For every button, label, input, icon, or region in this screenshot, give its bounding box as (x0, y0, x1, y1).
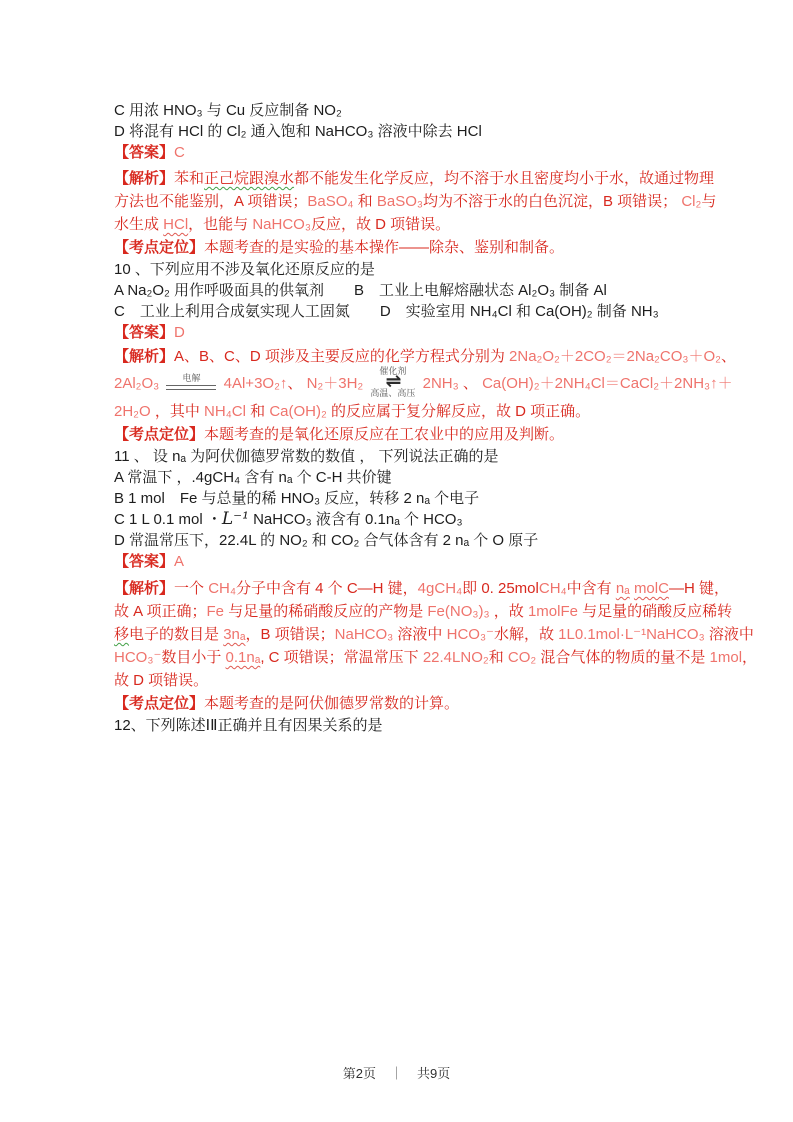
text-segment: 本题考查的是实验的基本操作——除杂、鉴别和制备。 (204, 239, 564, 256)
q9-answer-value: C (174, 144, 185, 161)
q9-option-d: D 将混有 HCl 的 Cl₂ 通入饱和 NaHCO₃ 溶液中除去 HCl (114, 121, 707, 142)
q12-heading: 12、下列陈述ⅠⅡ正确并且有因果关系的是 (114, 715, 707, 736)
text-segment: , C 项错误；常温常压下 (260, 649, 423, 666)
text-segment: 溶液中 (393, 626, 446, 643)
q10-analysis-line1: 【解析】A、B、C、D 项涉及主要反应的化学方程式分别为 2Na₂O₂＋2CO₂… (114, 345, 707, 368)
text-segment: Fe(NO₃)₃ (427, 603, 489, 620)
text-segment: 本题考查的是氧化还原反应在工农业中的应用及判断。 (204, 426, 564, 443)
text-segment: 【解析】 (114, 170, 174, 187)
q9-analysis: 【解析】苯和正己烷跟溴水都不能发生化学反应，均不溶于水且密度均小于水，故通过物理… (114, 167, 707, 259)
text-segment: 与 (701, 193, 716, 210)
text-segment: nₐ (616, 580, 630, 597)
text-segment: 电子的数目是 (129, 626, 223, 643)
text-segment: 正己烷跟溴水 (204, 170, 294, 187)
text-segment: ，也能与 (188, 216, 252, 233)
q10-analysis: 【解析】A、B、C、D 项涉及主要反应的化学方程式分别为 2Na₂O₂＋2CO₂… (114, 345, 707, 446)
text-segment: C 1 L 0.1 mol ・ (114, 511, 222, 528)
q9-answer-line: 【答案】C (114, 142, 707, 163)
text-segment: NaHCO₃ (335, 626, 394, 643)
electrolysis-condition: 电解 (166, 373, 216, 391)
page-footer: 第2页｜共9页 (0, 1063, 793, 1082)
catalyst-condition: 催化剂 ⇌ 高温、高压 (370, 366, 415, 398)
text-segment: 【解析】 (114, 580, 174, 597)
text-segment: 1molFe (528, 603, 578, 620)
text-segment: 水生成 (114, 216, 163, 233)
text-segment: 中含有 (567, 580, 616, 597)
q11-focus-line: 【考点定位】本题考查的是阿伏伽德罗常数的计算。 (114, 692, 707, 715)
text-segment: 【解析】 (114, 348, 174, 365)
q11-heading: 11 、 设 nₐ 为阿伏伽德罗常数的数值 ， 下列说法正确的是 (114, 446, 707, 467)
text-segment: 溶液中 (705, 626, 754, 643)
text-segment: ，其中 (151, 403, 204, 420)
text-segment: 数目小于 (161, 649, 225, 666)
text-segment: 水解，故 (494, 626, 558, 643)
text-segment: NaHCO₃ (252, 216, 311, 233)
text-segment: NH₄Cl (204, 403, 246, 420)
text-segment: 【考点定位】 (114, 239, 204, 256)
text-segment: 混合气体的物质的量不是 (536, 649, 709, 666)
document-page: C 用浓 HNO₃ 与 Cu 反应制备 NO₂ D 将混有 HCl 的 Cl₂ … (0, 0, 793, 1122)
q10-focus-line: 【考点定位】本题考查的是氧化还原反应在工农业中的应用及判断。 (114, 423, 707, 446)
answer-label: 【答案】 (114, 324, 174, 341)
text-segment: 与足量的硝酸反应稀转 (578, 603, 732, 620)
text-segment: 【考点定位】 (114, 695, 204, 712)
text-segment: 反应，故 D 项错误。 (311, 216, 450, 233)
q11-option-a: A 常温下 ，.4gCH₄ 含有 nₐ 个 C-H 共价键 (114, 467, 707, 488)
q9-analysis-line1: 【解析】苯和正己烷跟溴水都不能发生化学反应，均不溶于水且密度均小于水，故通过物理 (114, 167, 707, 190)
text-segment: 即 0. 25mol (462, 580, 539, 597)
separator: 、 (459, 375, 482, 392)
text-segment: —H 键， (669, 580, 729, 597)
text-segment: 1mol (710, 649, 743, 666)
text-segment: 和 (354, 193, 377, 210)
q11-option-c: C 1 L 0.1 mol ・L⁻¹ NaHCO₃ 液含有 0.1nₐ 个 HC… (114, 509, 707, 530)
text-segment: A、B、C、D 项涉及主要反应的化学方程式分别为 (174, 348, 509, 365)
text-segment: 2Na₂O₂＋2CO₂＝2Na₂CO₃＋O₂ (509, 348, 721, 365)
q10-answer-line: 【答案】D (114, 322, 707, 343)
text-segment: 0.1nₐ (226, 649, 261, 666)
text-segment: 4gCH₄ (418, 580, 462, 597)
text-segment: ，故 (490, 603, 528, 620)
text-segment: ， (742, 649, 757, 666)
text-segment: HCl (163, 216, 188, 233)
q10-options-ab: A Na₂O₂ 用作呼吸面具的供氧剂 B 工业上电解熔融状态 Al₂O₃ 制备 … (114, 280, 707, 301)
q9-focus-line: 【考点定位】本题考查的是实验的基本操作——除杂、鉴别和制备。 (114, 236, 707, 259)
text-segment: L⁻¹ (222, 509, 249, 529)
q11-analysis: 【解析】一个 CH₄分子中含有 4 个 C—H 键，4gCH₄即 0. 25mo… (114, 577, 707, 715)
q9-option-c: C 用浓 HNO₃ 与 Cu 反应制备 NO₂ (114, 100, 707, 121)
text-segment: 本题考查的是阿伏伽德罗常数的计算。 (204, 695, 459, 712)
text-segment: 均为不溶于水的白色沉淀，B 项错误； (423, 193, 681, 210)
text-segment: 一个 (174, 580, 208, 597)
footer-total-pages: 共9页 (417, 1066, 450, 1081)
text-segment: HCO₃⁻ (447, 626, 494, 643)
text-segment: Fe (207, 603, 225, 620)
condition-text: 电解 (166, 373, 216, 383)
q11-analysis-line2: 故 A 项正确；Fe 与足量的稀硝酸反应的产物是 Fe(NO₃)₃ ，故 1mo… (114, 600, 707, 623)
text-segment: 3nₐ (223, 626, 245, 643)
text-segment: 苯和 (174, 170, 204, 187)
q10-answer-value: D (174, 324, 185, 341)
text-segment: 与足量的稀硝酸反应的产物是 (224, 603, 427, 620)
text-segment: 【考点定位】 (114, 426, 204, 443)
q11-analysis-line5: 故 D 项错误。 (114, 669, 707, 692)
text-segment: 、 (721, 348, 736, 365)
equation-reactant: 2Al₂O₃ (114, 375, 159, 392)
document-content: C 用浓 HNO₃ 与 Cu 反应制备 NO₂ D 将混有 HCl 的 Cl₂ … (114, 100, 707, 736)
text-segment: Ca(OH)₂ (269, 403, 327, 420)
equation-product: 4Al+3O₂↑ (224, 375, 288, 392)
text-segment: 和 (246, 403, 269, 420)
text-segment: CO₂ (508, 649, 536, 666)
q11-option-b: B 1 mol Fe 与总量的稀 HNO₃ 反应，转移 2 nₐ 个电子 (114, 488, 707, 509)
text-segment: 22.4LNO₂ (423, 649, 489, 666)
equation-full: Ca(OH)₂＋2NH₄Cl＝CaCl₂＋2NH₃↑＋ (482, 375, 733, 392)
text-segment: 都不能发生化学反应，均不溶于水且密度均小于水，故通过物理 (294, 170, 714, 187)
q11-option-d: D 常温常压下，22.4L 的 NO₂ 和 CO₂ 合气体含有 2 nₐ 个 O… (114, 530, 707, 551)
q9-analysis-line3: 水生成 HCl，也能与 NaHCO₃反应，故 D 项错误。 (114, 213, 707, 236)
q11-analysis-line1: 【解析】一个 CH₄分子中含有 4 个 C—H 键，4gCH₄即 0. 25mo… (114, 577, 707, 600)
text-segment: CH₄ (539, 580, 567, 597)
text-segment: 的反应属于复分解反应，故 D 项正确。 (327, 403, 590, 420)
text-segment: 2H₂O (114, 403, 151, 420)
reversible-arrow-icon: ⇌ (370, 376, 415, 388)
q9-analysis-line2: 方法也不能鉴别，A 项错误；BaSO₄ 和 BaSO₃均为不溶于水的白色沉淀，B… (114, 190, 707, 213)
text-segment: 故 D 项错误。 (114, 672, 208, 689)
answer-label: 【答案】 (114, 553, 174, 570)
text-segment: 方法也不能鉴别，A 项错误； (114, 193, 307, 210)
q10-analysis-line3: 2H₂O ，其中 NH₄Cl 和 Ca(OH)₂ 的反应属于复分解反应，故 D … (114, 400, 707, 423)
text-segment: 分子中含有 4 个 C—H 键， (236, 580, 418, 597)
text-segment: BaSO₃ (377, 193, 423, 210)
equation-reactant: N₂＋3H₂ (307, 375, 364, 392)
footer-page-number: 第2页 (343, 1066, 376, 1081)
q11-answer-line: 【答案】A (114, 551, 707, 572)
text-segment: Cl₂ (681, 193, 701, 210)
q11-analysis-line3: 移电子的数目是 3nₐ，B 项错误；NaHCO₃ 溶液中 HCO₃⁻水解，故 1… (114, 623, 707, 646)
equation-product: 2NH₃ (423, 375, 459, 392)
text-segment: BaSO₄ (307, 193, 353, 210)
text-segment: 和 (489, 649, 508, 666)
answer-label: 【答案】 (114, 144, 174, 161)
q10-heading: 10 、下列应用不涉及氧化还原反应的是 (114, 259, 707, 280)
text-segment: ，B 项错误； (245, 626, 334, 643)
text-segment: 1L0.1mol·L⁻¹NaHCO₃ (558, 626, 705, 643)
text-segment: 故 A 项正确； (114, 603, 207, 620)
q10-chemical-equation: 2Al₂O₃ 电解 4Al+3O₂↑、 N₂＋3H₂ 催化剂 ⇌ 高温、高压 2… (114, 368, 707, 400)
text-segment: 移 (114, 626, 129, 643)
separator: 、 (287, 375, 302, 392)
double-line-equals (166, 385, 216, 390)
footer-separator: ｜ (390, 1066, 403, 1081)
text-segment: molC (634, 580, 669, 597)
text-segment: NaHCO₃ 液含有 0.1nₐ 个 HCO₃ (249, 511, 463, 528)
q11-analysis-line4: HCO₃⁻数目小于 0.1nₐ, C 项错误；常温常压下 22.4LNO₂和 C… (114, 646, 707, 669)
condition-text-bottom: 高温、高压 (370, 388, 415, 398)
q11-answer-value: A (174, 553, 184, 570)
text-segment: CH₄ (208, 580, 236, 597)
text-segment: HCO₃⁻ (114, 649, 161, 666)
q10-options-cd: C 工业上利用合成氨实现人工固氮 D 实验室用 NH₄Cl 和 Ca(OH)₂ … (114, 301, 707, 322)
